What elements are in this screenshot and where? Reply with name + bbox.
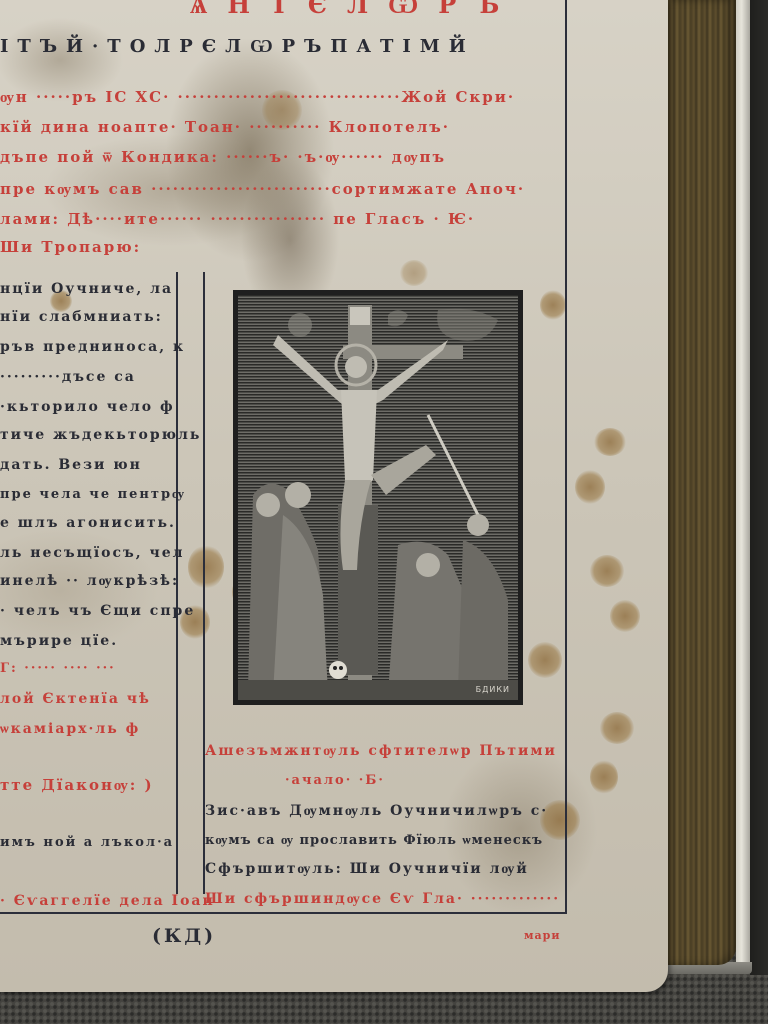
left-column-line: е шлъ агонисить. bbox=[0, 514, 176, 532]
right-block-line: Ши сфършиндѹсе Єѵ Гла· ············· bbox=[205, 890, 560, 908]
stain bbox=[590, 760, 618, 794]
upper-line: ѹн ·····ръ ІС ХС· ······················… bbox=[0, 88, 515, 106]
stain bbox=[575, 470, 605, 504]
folio-number: (КД) bbox=[152, 925, 216, 947]
woodcut-image: БДИКИ bbox=[238, 295, 518, 700]
stain bbox=[590, 555, 624, 587]
upper-line: дъпе пой ѿ Кондика: ······ъ· ·ъ·ѹ······ … bbox=[0, 148, 446, 166]
stain bbox=[528, 642, 562, 678]
stain bbox=[594, 428, 626, 456]
left-column-line: ѡкаміарх·ль ф bbox=[0, 720, 140, 738]
left-column-line: пре чела че пентрѹ bbox=[0, 486, 186, 504]
top-heading: ѦНТЄЛѠРЪ bbox=[190, 0, 519, 14]
stain bbox=[540, 290, 566, 320]
left-column-line: ръв предниноса, к bbox=[0, 338, 185, 356]
book-cover-edge bbox=[736, 0, 750, 965]
left-column-line: тиче жъдекьторюль bbox=[0, 426, 201, 444]
right-block-line: Зис·авъ Дѹмнѹль Оучничилѡръ с· bbox=[205, 802, 548, 820]
left-column-line: Г: ····· ···· ··· bbox=[0, 660, 116, 678]
catchword: мари bbox=[524, 927, 561, 945]
bottom-frame-rule bbox=[0, 912, 567, 914]
right-block-line: Ашезъмжнтѹль сфтителѡр Пътими bbox=[205, 742, 557, 760]
left-column-line: инелѣ ·· лѹкрѣзѣ: bbox=[0, 572, 179, 590]
page-fore-edge bbox=[658, 0, 736, 965]
column-rule-right bbox=[203, 272, 205, 894]
right-block-line: Сфършитѹль: Ши Оучничїи лѹй bbox=[205, 860, 529, 878]
book-cover-dark bbox=[750, 0, 768, 975]
left-column-line: ·кьторило чело ф bbox=[0, 398, 175, 416]
left-column-line: дать. Вези юн bbox=[0, 456, 142, 474]
left-column-line: ль несъщїосъ, чел bbox=[0, 544, 185, 562]
upper-line: лами: Дѣ····ите······ ················ п… bbox=[0, 210, 475, 228]
left-column-line: нїи слабмниать: bbox=[0, 308, 163, 326]
left-column-line: ·········дъсе са bbox=[0, 368, 136, 386]
left-column-line: нцїи Оучниче, ла bbox=[0, 280, 173, 298]
right-block-line: ·ачало· ·Б· bbox=[285, 772, 385, 790]
right-block-line: кѹмъ са ѹ прославить Фїюль ѡменескъ bbox=[205, 832, 543, 850]
left-column-line: тте Дїаконѹ: ) bbox=[0, 776, 154, 794]
book-page: ѦНТЄЛѠРЪ ІТЪЙ·ТОЛРЄЛѠРЪПАТІМЙ ѹн ·····ръ… bbox=[0, 0, 668, 992]
stain bbox=[188, 545, 224, 589]
woodcut-signature: БДИКИ bbox=[476, 685, 510, 694]
upper-line: Ши Тропарю: bbox=[0, 238, 141, 256]
left-column-line: · челъ чъ Єщи спре bbox=[0, 602, 195, 620]
upper-line: кїй дина ноапте· Тоан· ·········· Клопот… bbox=[0, 118, 450, 136]
stain bbox=[400, 260, 428, 286]
left-column-line: мърире цїе. bbox=[0, 632, 118, 650]
left-column-line: имъ ной а лъкол·а bbox=[0, 834, 174, 852]
second-heading: ІТЪЙ·ТОЛРЄЛѠРЪПАТІМЙ bbox=[0, 38, 475, 56]
stain bbox=[600, 712, 634, 744]
right-frame-rule bbox=[565, 0, 567, 912]
crucifixion-scene-icon bbox=[238, 295, 518, 700]
upper-line: пре кѹмъ сав ·························со… bbox=[0, 180, 525, 198]
stain bbox=[610, 600, 640, 632]
left-column-line: · Єѵаггелїе дела Іоан bbox=[0, 892, 215, 910]
crucifixion-woodcut: БДИКИ bbox=[233, 290, 523, 705]
left-column-line: лой Єктенїа чѣ bbox=[0, 690, 151, 708]
